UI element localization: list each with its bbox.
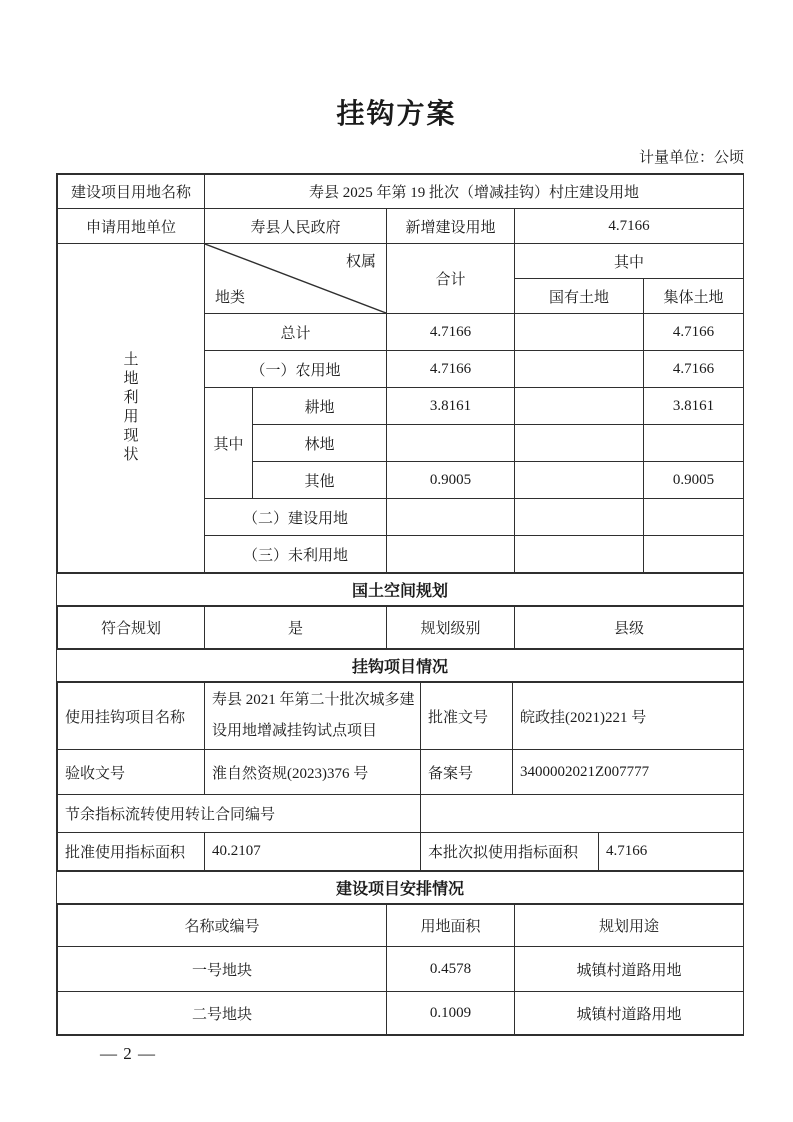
vertical-label: 土地利用现状 [123,351,139,465]
applicant-label: 申请用地单位 [58,209,205,244]
batch-area-value: 4.7166 [599,833,744,871]
comply-label: 符合规划 [58,607,205,649]
linkage-section-header: 挂钩项目情况 [57,650,743,682]
cell-state [515,499,644,536]
col-header-state: 国有土地 [515,279,644,314]
cell-state [515,462,644,499]
arrangement-section-header: 建设项目安排情况 [57,872,743,904]
planning-header-table: 国土空间规划 [57,573,743,606]
cell-total [387,499,515,536]
diagonal-header-cell: 权属 地类 [205,244,387,314]
project-name-label: 建设项目用地名称 [58,175,205,209]
col-header-name: 名称或编号 [58,905,387,947]
table-row: 节余指标流转使用转让合同编号 [58,795,744,833]
land-use-section-label: 土地利用现状 [58,244,205,573]
cell-collective: 3.8161 [644,388,744,425]
record-label: 备案号 [421,750,513,795]
acceptance-label: 验收文号 [58,750,205,795]
cell-state [515,425,644,462]
table-row: 验收文号 淮自然资规(2023)376 号 备案号 3400002021Z007… [58,750,744,795]
document-page: 挂钩方案 计量单位：公顷 建设项目用地名称 寿县 2025 年第 19 批次（增… [0,0,793,1122]
plot-area: 0.1009 [387,992,515,1035]
row-label-unused: （三）未利用地 [205,536,387,573]
section-header-row: 建设项目安排情况 [57,872,743,904]
col-header-use: 规划用途 [515,905,744,947]
col-header-total: 合计 [387,244,515,314]
unit-note: 计量单位：公顷 [56,146,744,167]
plot-name: 二号地块 [58,992,387,1035]
cell-state [515,351,644,388]
arrangement-table: 名称或编号 用地面积 规划用途 一号地块 0.4578 城镇村道路用地 二号地块… [57,904,744,1035]
linkage-table: 使用挂钩项目名称 寿县 2021 年第二十批次城多建设用地增减挂钩试点项目 批准… [57,682,744,871]
comply-value: 是 [205,607,387,649]
project-name-value: 寿县 2025 年第 19 批次（增减挂钩）村庄建设用地 [205,175,744,209]
row-label-total: 总计 [205,314,387,351]
cell-total [387,425,515,462]
record-value: 3400002021Z007777 [513,750,744,795]
table-row: 符合规划 是 规划级别 县级 [58,607,744,649]
linkage-project-value: 寿县 2021 年第二十批次城多建设用地增减挂钩试点项目 [205,683,421,750]
cell-total: 4.7166 [387,314,515,351]
contract-value [421,795,744,833]
level-label: 规划级别 [387,607,515,649]
section-header-row: 挂钩项目情况 [57,650,743,682]
land-use-table: 建设项目用地名称 寿县 2025 年第 19 批次（增减挂钩）村庄建设用地 申请… [57,174,744,573]
plot-use: 城镇村道路用地 [515,992,744,1035]
linkage-header-table: 挂钩项目情况 [57,649,743,682]
plot-area: 0.4578 [387,947,515,992]
cell-total: 3.8161 [387,388,515,425]
batch-area-label: 本批次拟使用指标面积 [421,833,599,871]
applicant-value: 寿县人民政府 [205,209,387,244]
row-label-farmland: （一）农用地 [205,351,387,388]
level-value: 县级 [515,607,744,649]
approved-area-value: 40.2107 [205,833,421,871]
table-row: 批准使用指标面积 40.2107 本批次拟使用指标面积 4.7166 [58,833,744,871]
cell-total: 4.7166 [387,351,515,388]
col-header-area: 用地面积 [387,905,515,947]
row-label-construction: （二）建设用地 [205,499,387,536]
table-row: 二号地块 0.1009 城镇村道路用地 [58,992,744,1035]
linkage-project-label: 使用挂钩项目名称 [58,683,205,750]
row-label-forest: 林地 [253,425,387,462]
cell-collective [644,425,744,462]
new-land-label: 新增建设用地 [387,209,515,244]
cell-state [515,314,644,351]
cell-collective: 4.7166 [644,351,744,388]
cell-collective [644,536,744,573]
planning-table: 符合规划 是 规划级别 县级 [57,606,744,649]
acceptance-value: 淮自然资规(2023)376 号 [205,750,421,795]
cell-state [515,536,644,573]
contract-label: 节余指标流转使用转让合同编号 [58,795,421,833]
cell-state [515,388,644,425]
col-header-collective: 集体土地 [644,279,744,314]
approved-area-label: 批准使用指标面积 [58,833,205,871]
arrangement-header-table: 建设项目安排情况 [57,871,743,904]
section-header-row: 国土空间规划 [57,574,743,606]
cell-total [387,536,515,573]
plot-name: 一号地块 [58,947,387,992]
table-header-row: 名称或编号 用地面积 规划用途 [58,905,744,947]
page-title: 挂钩方案 [0,92,793,132]
new-land-value: 4.7166 [515,209,744,244]
page-number: — 2 — [100,1044,793,1064]
row-label-cultivated: 耕地 [253,388,387,425]
plot-use: 城镇村道路用地 [515,947,744,992]
planning-section-header: 国土空间规划 [57,574,743,606]
col-header-among: 其中 [515,244,744,279]
cell-collective: 4.7166 [644,314,744,351]
main-table: 建设项目用地名称 寿县 2025 年第 19 批次（增减挂钩）村庄建设用地 申请… [56,173,744,1036]
table-row: 土地利用现状 权属 地类 合计 其中 [58,244,744,279]
among-group-label: 其中 [205,388,253,499]
table-row: 一号地块 0.4578 城镇村道路用地 [58,947,744,992]
approval-label: 批准文号 [421,683,513,750]
cell-total: 0.9005 [387,462,515,499]
table-row: 使用挂钩项目名称 寿县 2021 年第二十批次城多建设用地增减挂钩试点项目 批准… [58,683,744,750]
cell-collective [644,499,744,536]
table-row: 建设项目用地名称 寿县 2025 年第 19 批次（增减挂钩）村庄建设用地 [58,175,744,209]
cell-collective: 0.9005 [644,462,744,499]
approval-value: 皖政挂(2021)221 号 [513,683,744,750]
diag-top-label: 权属 [346,250,376,271]
row-label-other: 其他 [253,462,387,499]
table-row: 申请用地单位 寿县人民政府 新增建设用地 4.7166 [58,209,744,244]
diag-bottom-label: 地类 [215,286,245,307]
